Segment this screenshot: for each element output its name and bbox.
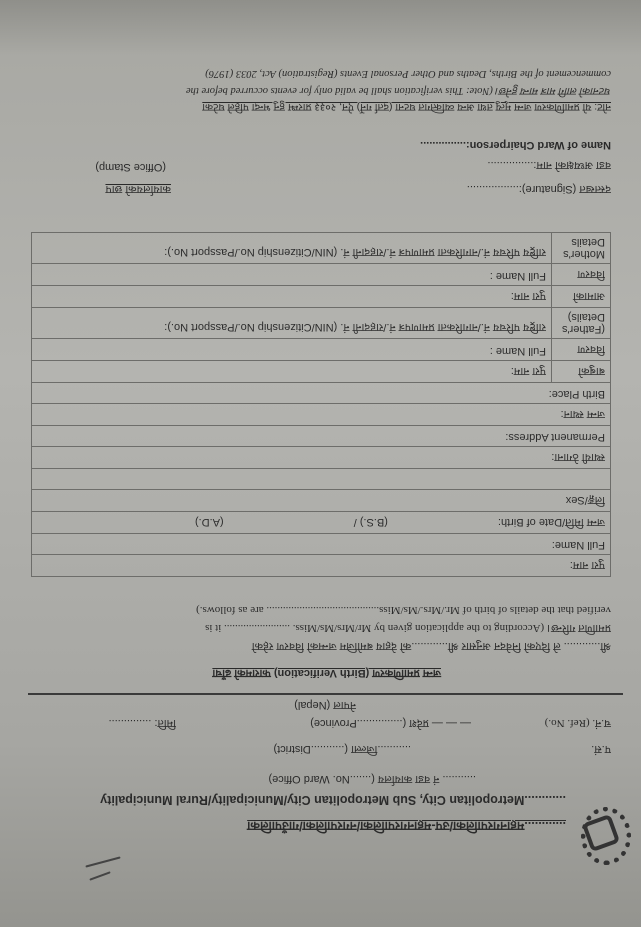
form-row: स्थायी ठेगाना: [32,447,611,469]
row-group-label: Mother's Details [552,233,611,264]
field-label: जन्म मिति/Date of Birth: [498,516,605,528]
form-row: पुरा नाम: [32,555,611,577]
row-group-label: (Father's Details) [552,308,611,339]
row-group-label: विवरण [552,339,611,361]
form-field[interactable]: राष्ट्रिय परिचय नं./नागरिकता प्रमाणपत्र … [32,233,552,264]
form-row [32,469,611,490]
date-line: मिति: .............. [109,716,176,731]
form-field[interactable]: Full Name : [32,339,552,361]
form-field[interactable]: लिङ्ग/Sex [32,490,611,512]
row-group-label: विवरण [552,264,611,286]
form-field[interactable] [32,469,611,490]
country-label: नेपाल (Nepal) [294,698,356,713]
form-row: लिङ्ग/Sex [32,490,611,512]
field-label: पुरा नाम: [570,559,605,571]
signature-label: दस्तखत (Signature):................. [467,182,611,197]
form-row: बाबुकोपुरा नाम: [32,361,611,383]
form-row: विवरणFull Name : [32,264,611,286]
ad-date-label: (A.D.) [195,516,224,528]
form-field[interactable]: पुरा नाम: [32,286,552,308]
form-field[interactable]: जन्म मिति/Date of Birth:(B.S.) /(A.D.) [32,512,611,534]
note-paragraph: नोट: यो प्रमाणिकरण जन्म मृत्यु तथा अन्य … [21,65,611,115]
note-line-3: commencement of the Births, Deaths and O… [21,65,611,82]
form-row: Mother's Detailsराष्ट्रिय परिचय नं./नागर… [32,233,611,264]
pen-stroke-mark [85,856,120,867]
form-row: जन्म मिति/Date of Birth:(B.S.) /(A.D.) [32,512,611,534]
ward-chair-label-np: वडा अध्यक्षको नाम:............... [488,158,612,173]
intro-line-2: प्रमाणित गरिन्छ। (According to the appli… [31,619,611,637]
header-divider [28,693,623,695]
nepal-emblem-icon [581,807,631,865]
pen-stroke-mark [89,871,110,880]
birth-details-table: पुरा नाम:Full Name:जन्म मिति/Date of Bir… [31,232,611,577]
form-row: Permanent Address: [32,426,611,447]
field-label: राष्ट्रिय परिचय नं./नागरिकता प्रमाणपत्र … [164,321,546,333]
ward-chair-label-en: Name of Ward Chairperson:............... [420,139,611,151]
form-field[interactable]: Birth Place: [32,383,611,404]
form-field[interactable]: पुरा नाम: [32,361,552,383]
rotated-document-page: ............महानगरपालिका/उप-महानगरपालिका… [0,0,641,927]
intro-line-3: verified that the details of birth of Mr… [31,601,611,619]
row-group-label: आमाको [552,286,611,308]
form-field[interactable]: Full Name : [32,264,552,286]
municipality-name-np: ............महानगरपालिका/उप-महानगरपालिका… [247,818,566,835]
row-group-label: बाबुको [552,361,611,383]
field-label: लिङ्ग/Sex [566,494,605,506]
form-field[interactable]: स्थायी ठेगाना: [32,447,611,469]
form-field[interactable]: Full Name: [32,534,611,555]
ward-office-line: ........... नं वडा कार्यालय (.......No. … [268,772,476,787]
form-field[interactable]: जन्म स्थान: [32,404,611,426]
ref-no-label: च.नं. (Ref. No.) [545,716,611,731]
district-line: ...........जिल्ला (...........District) [273,742,411,757]
field-label: पुरा नाम: [511,365,546,377]
field-label: स्थायी ठेगाना: [551,451,605,463]
form-field[interactable]: पुरा नाम: [32,555,611,577]
form-row: विवरणFull Name : [32,339,611,361]
office-stamp-label-np: कार्यालयको छाप [105,182,171,197]
office-stamp-label-en: (Office Stamp) [95,161,166,173]
field-label: Full Name: [552,539,605,551]
form-row: Full Name: [32,534,611,555]
field-label: पुरा नाम: [511,290,546,302]
bs-date-label: (B.S.) / [354,516,388,528]
note-line-1: नोट: यो प्रमाणिकरण जन्म मृत्यु तथा अन्य … [21,98,611,115]
form-row: आमाकोपुरा नाम: [32,286,611,308]
form-row: (Father's Details)राष्ट्रिय परिचय नं./ना… [32,308,611,339]
field-label: Permanent Address: [505,431,605,443]
form-row: जन्म स्थान: [32,404,611,426]
intro-line-1: श्री............ ले दिएको निवेदन अनुसार … [31,637,611,655]
form-row: Birth Place: [32,383,611,404]
municipality-name-en: ............Metropolitan City, Sub Metro… [100,793,566,807]
field-label: Full Name : [490,345,546,357]
field-label: राष्ट्रिय परिचय नं./नागरिकता प्रमाणपत्र … [164,246,546,258]
note-line-2: घटनाको लागि मात्र मान्य हुनेछ। (Note: Th… [21,81,611,98]
form-field[interactable]: Permanent Address: [32,426,611,447]
field-label: जन्म स्थान: [561,408,605,420]
field-label: Full Name : [490,270,546,282]
ps-label: प.सं. [591,742,611,757]
intro-paragraph: श्री............ ले दिएको निवेदन अनुसार … [31,601,611,655]
form-title: जन्म प्रमाणिकरण (Birth Verification) फार… [212,666,441,681]
field-label: Birth Place: [549,388,605,400]
form-field[interactable]: राष्ट्रिय परिचय नं./नागरिकता प्रमाणपत्र … [32,308,552,339]
province-line: — — — प्रदेश (...............Province) [310,716,471,731]
